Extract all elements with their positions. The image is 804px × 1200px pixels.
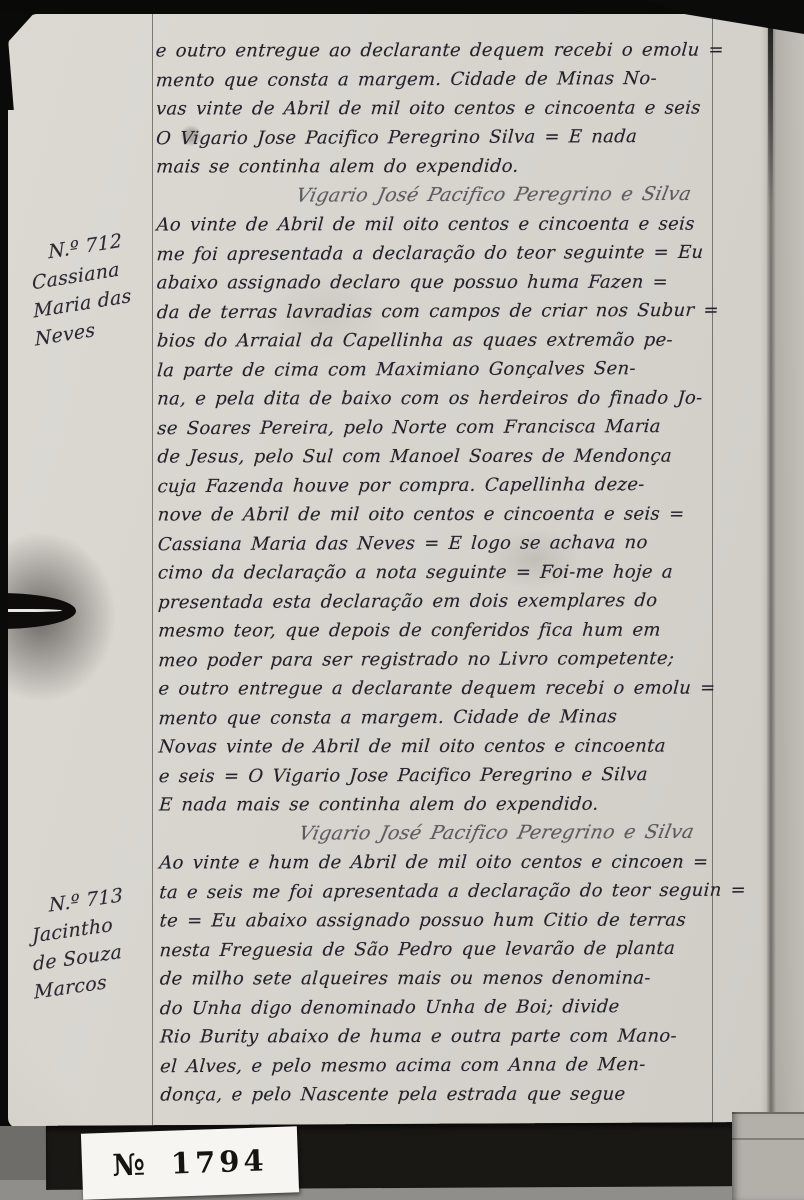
manuscript-line: abaixo assignado declaro que possuo huma… (156, 268, 714, 298)
manuscript-line: Ao vinte e hum de Abril de mil oito cent… (158, 848, 716, 878)
manuscript-line: mento que consta a margem. Cidade de Min… (155, 64, 713, 95)
catalog-label: № 1794 (81, 1126, 299, 1199)
scanned-register-photo: { "manuscript": { "lines": [ {"text":"e … (0, 0, 804, 1200)
manuscript-line: te = Eu abaixo assignado possuo hum Citi… (159, 906, 717, 936)
manuscript-line: e outro entregue ao declarante dequem re… (155, 36, 713, 66)
manuscript-line: Rio Burity abaixo de huma e outra parte … (159, 1022, 717, 1052)
manuscript-line: nesta Freguesia de São Pedro que levarão… (159, 934, 717, 965)
manuscript-line: presentada esta declaração em dois exemp… (157, 586, 715, 617)
numero-sign: № (112, 1147, 146, 1183)
manuscript-line: Cassiana Maria das Neves = E logo se ach… (157, 528, 715, 559)
manuscript-line: e seis = O Vigario Jose Pacifico Peregri… (158, 760, 716, 791)
manuscript-line: O Vigario Jose Pacifico Peregrino Silva … (155, 122, 713, 153)
stacked-page-edges (732, 1112, 804, 1200)
photo-left-border (0, 0, 8, 1200)
manuscript-line: la parte de cima com Maximiano Gonçalves… (156, 354, 714, 385)
manuscript-line: cuja Fazenda houve por compra. Capellinh… (157, 470, 715, 501)
manuscript-line: donça, e pelo Nascente pela estrada que … (159, 1080, 717, 1110)
manuscript-line: mais se continha alem do expendido. (155, 152, 713, 182)
manuscript-line: de Jesus, pelo Sul com Manoel Soares de … (157, 442, 715, 472)
manuscript-line: e outro entregue a declarante dequem rec… (158, 674, 716, 704)
manuscript-text: e outro entregue ao declarante dequem re… (156, 35, 717, 1110)
entry-name-lines: Jacinthode SouzaMarcos (32, 906, 154, 1007)
manuscript-line: da de terras lavradias com campos de cri… (156, 296, 714, 327)
catalog-number: 1794 (170, 1143, 268, 1180)
manuscript-line: bios do Arraial da Capellinha as quaes e… (156, 326, 714, 356)
manuscript-line: Ao vinte de Abril de mil oito centos e c… (156, 210, 714, 240)
manuscript-line: cimo da declaração a nota seguinte = Foi… (157, 558, 715, 588)
manuscript-line: me foi apresentada a declaração do teor … (156, 238, 714, 269)
manuscript-line: meo poder para ser registrado no Livro c… (157, 644, 715, 675)
manuscript-line: E nada mais se continha alem do expendid… (158, 790, 716, 820)
manuscript-line: do Unha digo denominado Unha de Boi; div… (159, 992, 717, 1023)
manuscript-line: Vigario José Pacifico Peregrino e Silva (153, 180, 715, 211)
manuscript-line: nove de Abril de mil oito centos e cinco… (157, 500, 715, 530)
margin-note-713: N.º 713 Jacinthode SouzaMarcos (31, 877, 154, 1006)
manuscript-line: mento que consta a margem. Cidade de Min… (158, 702, 716, 733)
manuscript-line: mesmo teor, que depois de conferidos fic… (157, 616, 715, 646)
manuscript-line: de milho sete alqueires mais ou menos de… (159, 964, 717, 994)
manuscript-line: ta e seis me foi apresentada a declaraçã… (158, 876, 716, 907)
clasp-highlight (0, 609, 62, 612)
manuscript-line: se Soares Pereira, pelo Norte com Franci… (156, 412, 714, 443)
page-fold-crease-top (768, 14, 773, 204)
manuscript-line: vas vinte de Abril de mil oito centos e … (155, 94, 713, 124)
manuscript-line: Novas vinte de Abril de mil oito centos … (158, 732, 716, 762)
margin-note-712: N.º 712 CassianaMaria dasNeves (30, 222, 154, 353)
manuscript-line: el Alves, e pelo mesmo acima com Anna de… (159, 1050, 717, 1081)
manuscript-line: na, e pela dita de baixo com os herdeiro… (156, 384, 714, 414)
manuscript-line: Vigario José Pacifico Peregrino e Silva (156, 818, 718, 849)
